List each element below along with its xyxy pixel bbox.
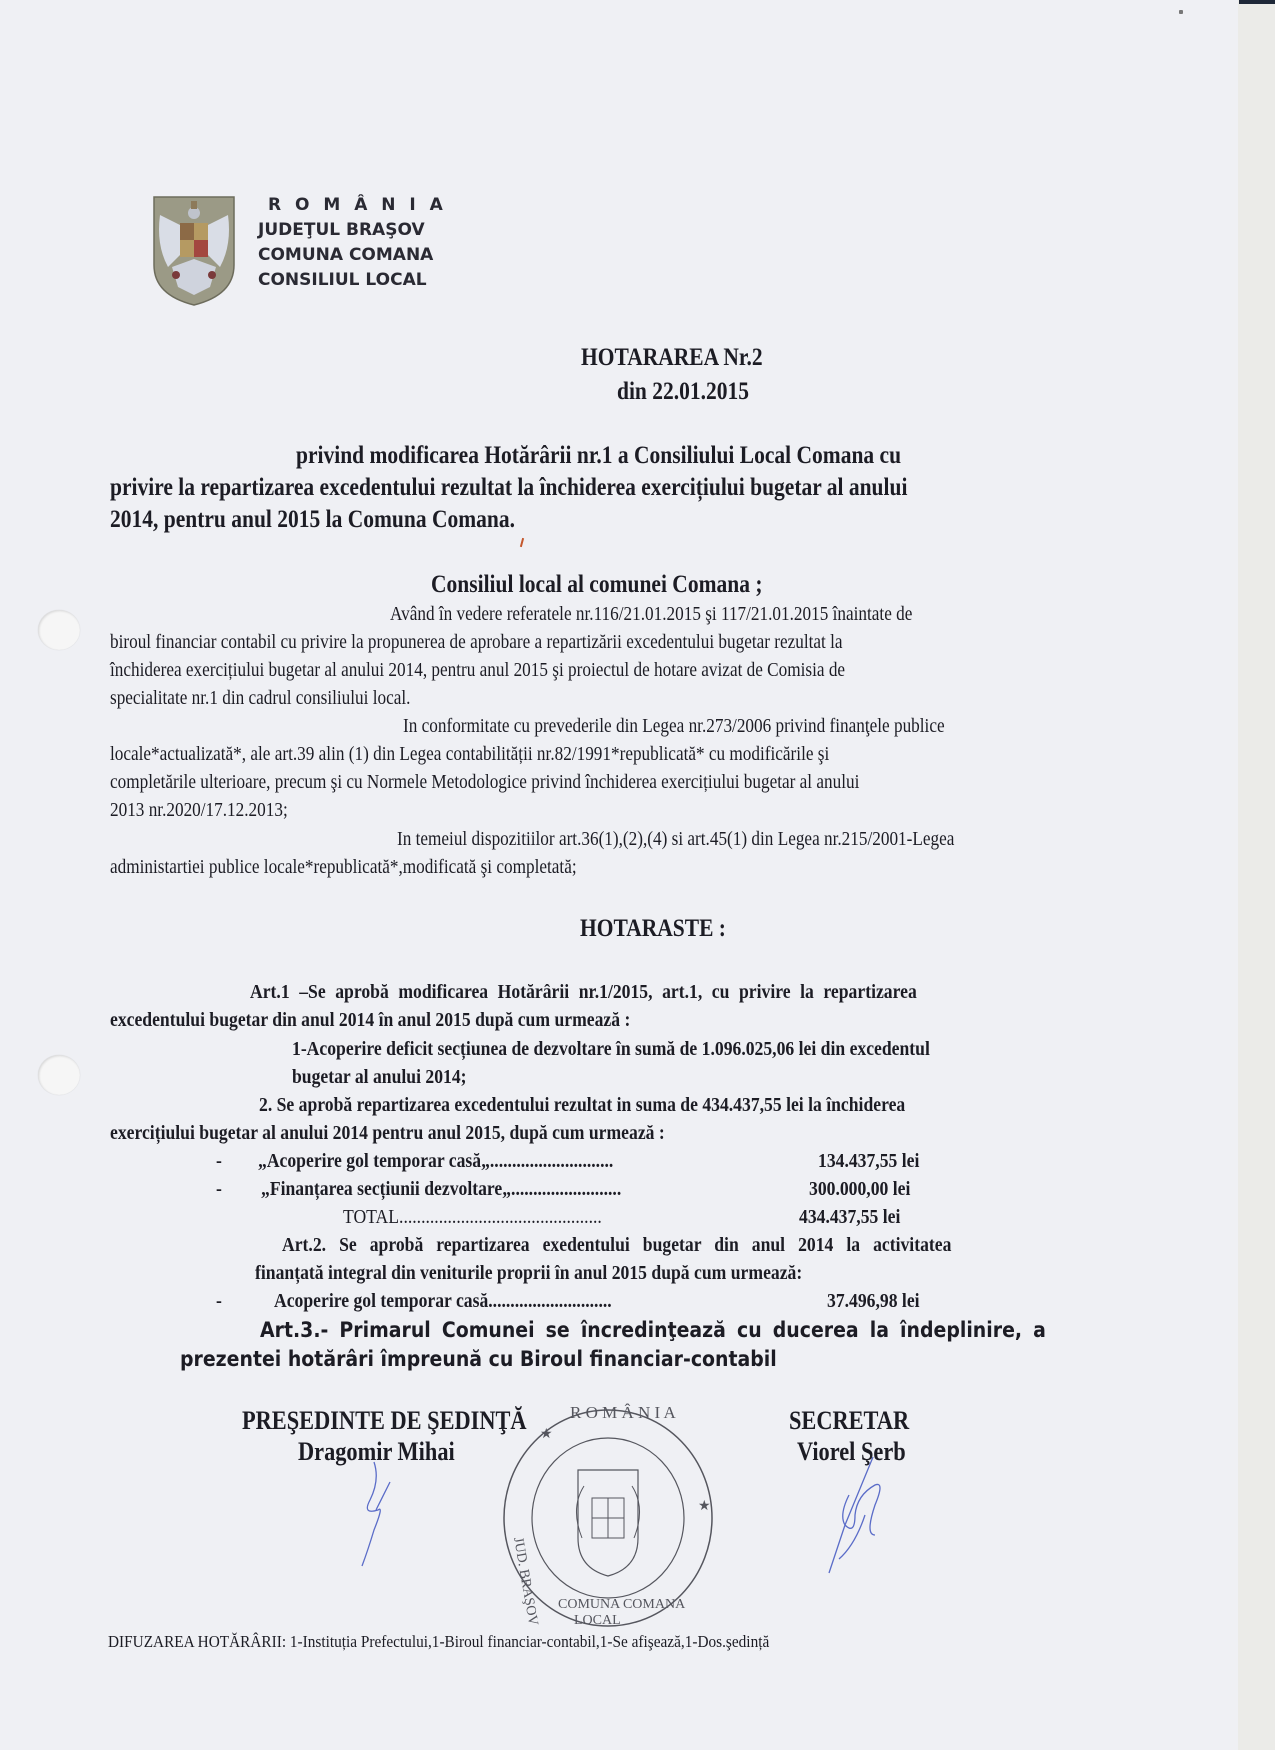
art1-line-2: excedentului bugetar din anul 2014 în an…	[110, 1009, 630, 1032]
distribution-footer: DIFUZAREA HOTĂRÂRII: 1-Instituția Prefec…	[108, 1632, 769, 1652]
secretary-signature	[815, 1455, 895, 1585]
subject-line-2: privire la repartizarea excedentului rez…	[110, 474, 907, 502]
art2-item-amount: 37.496,98 lei	[827, 1290, 920, 1313]
art2-item-dash: -	[216, 1290, 222, 1313]
preamble-p1-line: specialitate nr.1 din cadrul consiliului…	[110, 687, 410, 710]
header-country: R O M Â N I A	[268, 193, 447, 218]
art1-line-1: Art.1 –Se aprobă modificarea Hotărârii n…	[250, 981, 917, 1004]
decision-title: HOTARAREA Nr.2	[581, 344, 763, 372]
allocation-dash: -	[216, 1150, 222, 1173]
allocation-amount: 134.437,55 lei	[818, 1150, 919, 1173]
svg-text:★: ★	[540, 1427, 553, 1442]
svg-text:JUD. BRAŞOV: JUD. BRAŞOV	[510, 1536, 540, 1627]
scan-edge	[1238, 0, 1275, 1750]
president-signature	[350, 1460, 410, 1570]
art1-item1-line-1: 1-Acoperire deficit secțiunea de dezvolt…	[292, 1038, 930, 1061]
preamble-p2-line: 2013 nr.2020/17.12.2013;	[110, 799, 288, 822]
svg-text:LOCAL: LOCAL	[574, 1613, 621, 1628]
preamble-p3-line: administartiei publice locale*republicat…	[110, 856, 577, 879]
art1-item1-line-2: bugetar al anului 2014;	[292, 1066, 467, 1089]
art1-item2-line-2: exercițiului bugetar al anului 2014 pent…	[110, 1122, 665, 1145]
art2-line-2: finanțată integral din veniturile propri…	[255, 1262, 802, 1285]
stamp-top-text: R O M Â N I A	[570, 1403, 677, 1422]
romania-coat-of-arms-icon	[152, 195, 236, 307]
decision-heading: HOTARASTE :	[580, 915, 726, 943]
total-label: TOTAL...................................…	[343, 1206, 602, 1229]
svg-text:★: ★	[698, 1499, 711, 1514]
art1-item2-line-1: 2. Se aprobă repartizarea excedentului r…	[259, 1094, 905, 1117]
allocation-label: „Finanțarea secțiunii dezvoltare„.......…	[261, 1178, 621, 1201]
total-amount: 434.437,55 lei	[799, 1206, 900, 1229]
preamble-p1-line: Având în vedere referatele nr.116/21.01.…	[390, 603, 912, 626]
preamble-p2-line: locale*actualizată*, ale art.39 alin (1)…	[110, 743, 829, 766]
decision-date: din 22.01.2015	[617, 378, 749, 406]
subject-line-1: privind modificarea Hotărârii nr.1 a Con…	[296, 442, 901, 470]
punch-hole	[38, 610, 80, 650]
header-county: JUDEŢUL BRAŞOV	[258, 218, 425, 243]
stamp-bottom-text: COMUNA COMANA	[558, 1597, 686, 1612]
preamble-p2-line: In conformitate cu prevederile din Legea…	[403, 715, 945, 738]
president-title: PREŞEDINTE DE ŞEDINŢĂ	[242, 1406, 527, 1436]
preamble-p3-line: In temeiul dispozitiilor art.36(1),(2),(…	[397, 828, 954, 851]
header-commune: COMUNA COMANA	[258, 243, 433, 268]
header-council: CONSILIUL LOCAL	[258, 268, 427, 293]
allocation-dash: -	[216, 1178, 222, 1201]
preamble-p2-line: completările ulterioare, precum şi cu No…	[110, 771, 859, 794]
preamble-heading: Consiliul local al comunei Comana ;	[431, 571, 762, 599]
art2-item-label: Acoperire gol temporar casă.............…	[274, 1290, 612, 1313]
preamble-p1-line: închiderea exercițiului bugetar al anulu…	[110, 659, 845, 682]
secretary-title: SECRETAR	[789, 1406, 909, 1436]
punch-hole	[38, 1055, 80, 1095]
subject-line-3: 2014, pentru anul 2015 la Comuna Comana.	[110, 506, 515, 534]
scan-edge-dark	[1239, 0, 1275, 4]
preamble-p1-line: biroul financiar contabil cu privire la …	[110, 631, 843, 654]
official-stamp: R O M Â N I A ★ ★ COMUNA COMANA LOCAL JU…	[500, 1398, 720, 1628]
art3-line-2: prezentei hotărâri împreună cu Biroul fi…	[180, 1347, 777, 1371]
art2-line-1: Art.2. Se aprobă repartizarea exedentulu…	[282, 1234, 951, 1257]
allocation-label: „Acoperire gol temporar casă„...........…	[258, 1150, 613, 1173]
scan-speck	[1179, 10, 1183, 14]
allocation-amount: 300.000,00 lei	[809, 1178, 910, 1201]
art3-line-1: Art.3.- Primarul Comunei se încredinţeaz…	[260, 1318, 1046, 1342]
